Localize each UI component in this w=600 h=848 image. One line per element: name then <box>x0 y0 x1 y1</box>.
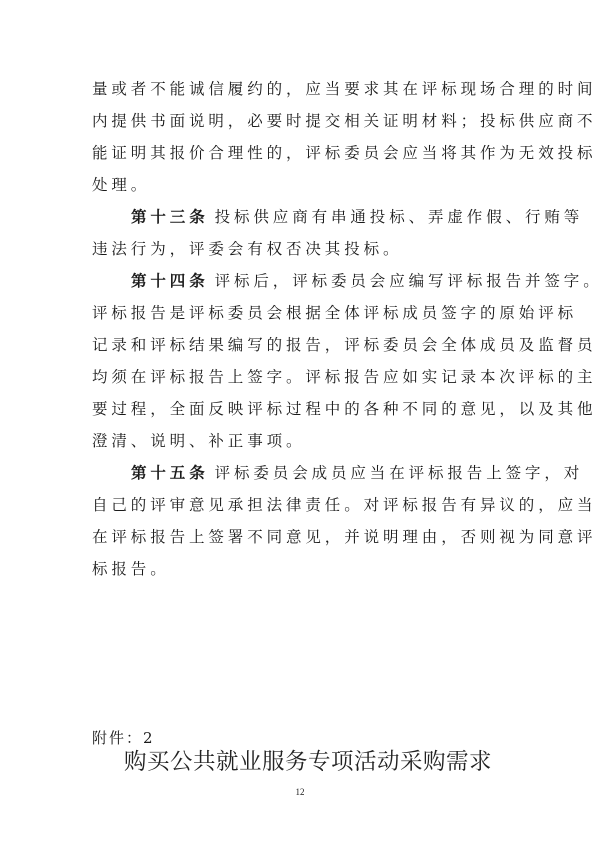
text-line: 处理。 <box>92 169 512 201</box>
text-line: 内提供书面说明，必要时提交相关证明材料；投标供应商不 <box>92 105 512 137</box>
text-line: 澄清、说明、补正事项。 <box>92 425 512 457</box>
text-line: 违法行为，评委会有权否决其投标。 <box>92 233 512 265</box>
text-line: 标报告。 <box>92 553 512 585</box>
document-body: 量或者不能诚信履约的，应当要求其在评标现场合理的时间 内提供书面说明，必要时提交… <box>92 73 512 585</box>
article-13: 第十三条投标供应商有串通投标、弄虚作假、行贿等 <box>92 201 512 233</box>
page-number: 12 <box>0 787 600 797</box>
annex-title: 购买公共就业服务专项活动采购需求 <box>124 744 492 776</box>
text-line: 在评标报告上签署不同意见，并说明理由，否则视为同意评 <box>92 521 512 553</box>
text-line: 能证明其报价合理性的，评标委员会应当将其作为无效投标 <box>92 137 512 169</box>
text-line: 量或者不能诚信履约的，应当要求其在评标现场合理的时间 <box>92 73 512 105</box>
article-15: 第十五条评标委员会成员应当在评标报告上签字，对 <box>92 457 512 489</box>
article-13-text: 投标供应商有串通投标、弄虚作假、行贿等 <box>215 208 584 226</box>
article-13-heading: 第十三条 <box>131 207 209 226</box>
article-14-heading: 第十四条 <box>131 271 209 290</box>
text-line: 要过程，全面反映评标过程中的各种不同的意见，以及其他 <box>92 393 512 425</box>
text-line: 自己的评审意见承担法律责任。对评标报告有异议的，应当 <box>92 489 512 521</box>
document-page: 量或者不能诚信履约的，应当要求其在评标现场合理的时间 内提供书面说明，必要时提交… <box>0 0 600 848</box>
article-14-text: 评标后，评标委员会应编写评标报告并签字。 <box>215 272 600 290</box>
text-line: 记录和评标结果编写的报告，评标委员会全体成员及监督员 <box>92 329 512 361</box>
text-line: 评标报告是评标委员会根据全体评标成员签字的原始评标 <box>92 297 512 329</box>
article-14: 第十四条评标后，评标委员会应编写评标报告并签字。 <box>92 265 512 297</box>
article-15-heading: 第十五条 <box>131 463 209 482</box>
article-15-text: 评标委员会成员应当在评标报告上签字，对 <box>215 464 584 482</box>
text-line: 均须在评标报告上签字。评标报告应如实记录本次评标的主 <box>92 361 512 393</box>
